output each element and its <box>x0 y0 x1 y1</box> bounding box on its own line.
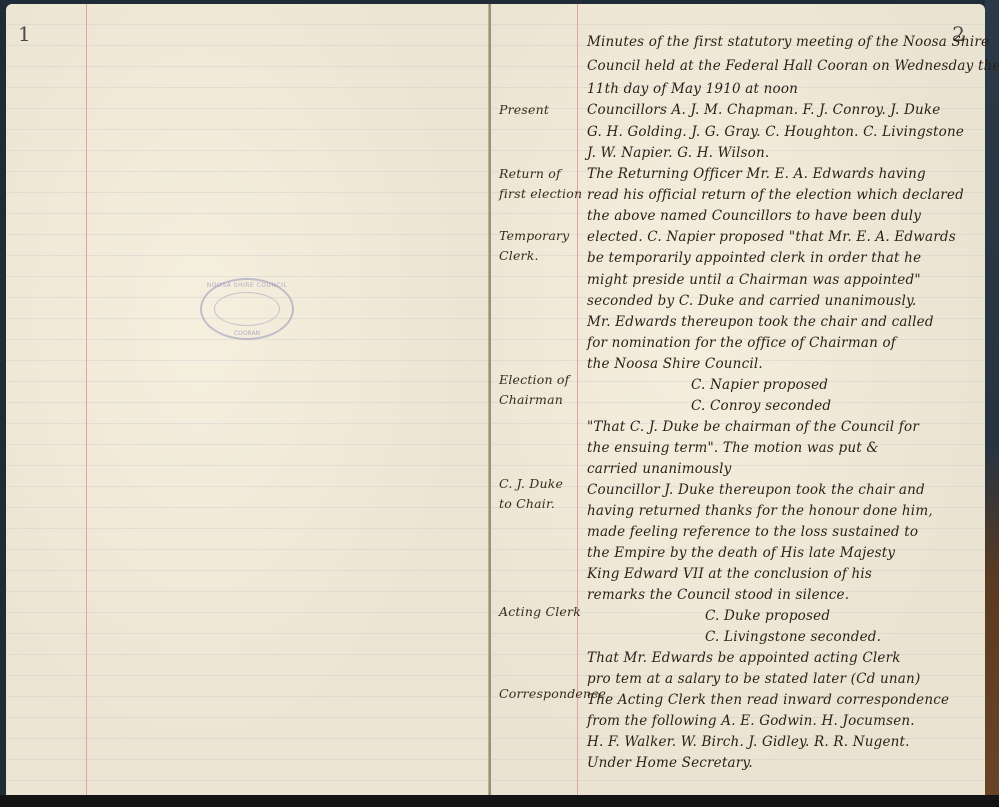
margin-note: Present <box>499 102 549 117</box>
margin-note: Temporary <box>499 228 569 243</box>
minutes-line: having returned thanks for the honour do… <box>587 503 933 519</box>
minutes-line: Council held at the Federal Hall Cooran … <box>587 58 999 74</box>
margin-rule <box>577 4 578 796</box>
minutes-line: The Returning Officer Mr. E. A. Edwards … <box>587 166 926 182</box>
minutes-line: J. W. Napier. G. H. Wilson. <box>587 145 769 161</box>
minutes-line: C. Napier proposed <box>691 377 828 393</box>
margin-note: Acting Clerk <box>499 604 581 619</box>
minutes-line: That Mr. Edwards be appointed acting Cle… <box>587 650 901 666</box>
minutes-line: made feeling reference to the loss susta… <box>587 524 918 540</box>
stamp-top-text: NOOSA SHIRE COUNCIL <box>202 282 292 289</box>
left-page: 1 NOOSA SHIRE COUNCIL COORAN <box>6 4 490 796</box>
minutes-line: Councillor J. Duke thereupon took the ch… <box>587 482 925 498</box>
minutes-line: Minutes of the first statutory meeting o… <box>587 34 989 50</box>
margin-note: Election of <box>499 372 569 387</box>
minutes-line: for nomination for the office of Chairma… <box>587 335 896 351</box>
book-cover-edge <box>985 0 999 807</box>
minutes-line: The Acting Clerk then read inward corres… <box>587 692 949 708</box>
minutes-line: might preside until a Chairman was appoi… <box>587 272 921 288</box>
minutes-line: elected. C. Napier proposed "that Mr. E.… <box>587 229 956 245</box>
minutes-line: seconded by C. Duke and carried unanimou… <box>587 293 917 309</box>
minutes-line: be temporarily appointed clerk in order … <box>587 250 921 266</box>
minutes-line: the Empire by the death of His late Maje… <box>587 545 895 561</box>
minutes-line: Councillors A. J. M. Chapman. F. J. Conr… <box>587 102 940 118</box>
margin-note: Chairman <box>499 392 563 407</box>
minutes-line: C. Duke proposed <box>705 608 830 624</box>
book-bottom-edge <box>0 795 999 807</box>
margin-note: first election <box>499 186 582 201</box>
right-page: 2 PresentReturn offirst electionTemporar… <box>491 4 985 796</box>
minutes-line: Under Home Secretary. <box>587 755 753 771</box>
minutes-line: "That C. J. Duke be chairman of the Coun… <box>587 419 919 435</box>
council-stamp: NOOSA SHIRE COUNCIL COORAN <box>200 278 294 340</box>
page-number-left: 1 <box>18 22 31 46</box>
minutes-line: pro tem at a salary to be stated later (… <box>587 671 920 687</box>
minutes-line: H. F. Walker. W. Birch. J. Gidley. R. R.… <box>587 734 910 750</box>
minutes-line: C. Conroy seconded <box>691 398 831 414</box>
margin-note: C. J. Duke <box>499 476 563 491</box>
stamp-inner-ring <box>214 292 280 326</box>
minutes-line: King Edward VII at the conclusion of his <box>587 566 872 582</box>
minutes-line: 11th day of May 1910 at noon <box>587 81 798 97</box>
minutes-line: carried unanimously <box>587 461 732 477</box>
minutes-line: the Noosa Shire Council. <box>587 356 763 372</box>
margin-note: Return of <box>499 166 561 181</box>
minutes-line: read his official return of the election… <box>587 187 964 203</box>
minutes-line: from the following A. E. Godwin. H. Jocu… <box>587 713 915 729</box>
stamp-bottom-text: COORAN <box>202 330 292 337</box>
minutes-line: the above named Councillors to have been… <box>587 208 921 224</box>
minutes-line: G. H. Golding. J. G. Gray. C. Houghton. … <box>587 124 964 140</box>
minutes-line: remarks the Council stood in silence. <box>587 587 849 603</box>
minutes-line: Mr. Edwards thereupon took the chair and… <box>587 314 934 330</box>
margin-rule <box>86 4 87 796</box>
minutes-line: the ensuing term". The motion was put & <box>587 440 879 456</box>
margin-note: Clerk. <box>499 248 539 263</box>
margin-note: to Chair. <box>499 496 555 511</box>
minutes-line: C. Livingstone seconded. <box>705 629 881 645</box>
